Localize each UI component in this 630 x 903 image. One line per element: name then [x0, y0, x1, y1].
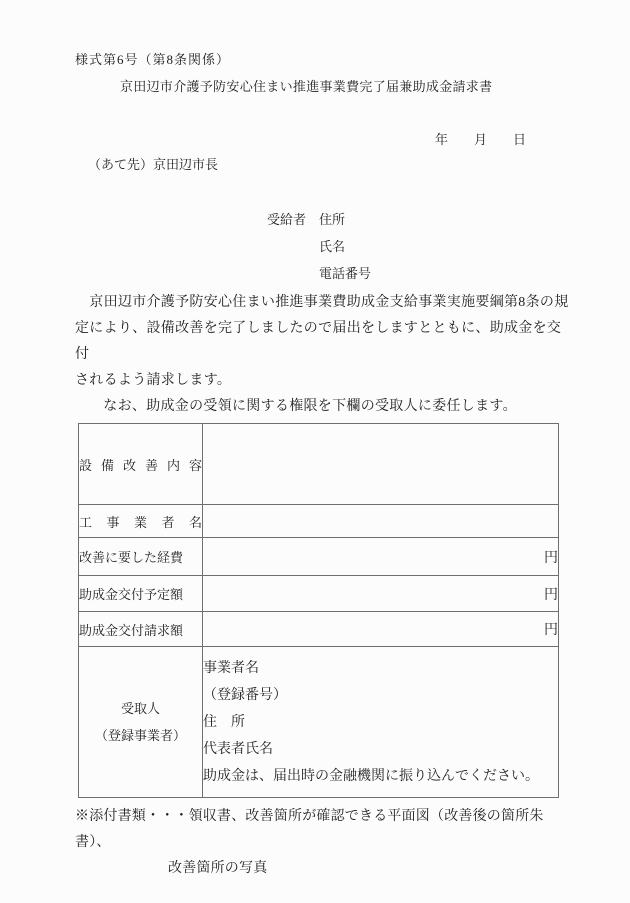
payee-transfer-note: 助成金は、届出時の金融機関に振り込んでください。	[203, 763, 558, 790]
payee-field-address: 住 所	[203, 709, 558, 736]
table-row: 改善に要した経費 円	[79, 538, 559, 576]
row-value-improvement-details	[203, 424, 559, 505]
table-row: 工事業者名	[79, 505, 559, 538]
row-label-requested-grant: 助成金交付請求額	[79, 612, 203, 647]
row-label-planned-grant: 助成金交付予定額	[79, 576, 203, 612]
row-value-payee: 事業者名 （登録番号） 住 所 代表者氏名 助成金は、届出時の金融機関に振り込ん…	[203, 647, 559, 798]
payee-field-business-name: 事業者名	[203, 655, 558, 682]
table-row: 設備改善内容	[79, 424, 559, 505]
paragraph-line: されるよう請求します。	[75, 368, 572, 394]
recipient-field-name: 氏名	[319, 233, 371, 260]
table-row: 助成金交付請求額 円	[79, 612, 559, 647]
yen-unit-label: 円	[203, 612, 559, 647]
date-line: 年 月 日	[75, 130, 572, 150]
payee-field-registration-number: （登録番号）	[203, 682, 558, 709]
payee-label-line2: （登録事業者）	[79, 722, 202, 749]
paragraph-line: 定により、設備改善を完了しましたので届出をしますとともに、助成金を交付	[75, 316, 572, 368]
recipient-block: 受給者 住所 氏名 電話番号	[267, 206, 572, 287]
row-label-expenses: 改善に要した経費	[79, 538, 203, 576]
row-label-payee: 受取人 （登録事業者）	[79, 647, 203, 798]
table-row: 受取人 （登録事業者） 事業者名 （登録番号） 住 所 代表者氏名 助成金は、届…	[79, 647, 559, 798]
document-content: 様式第6号（第8条関係） 京田辺市介護予防安心住まい推進事業費完了届兼助成金請求…	[0, 0, 630, 882]
footnote-block: ※添付書類・・・領収書、改善箇所が確認できる平面図（改善後の箇所朱書）、 改善箇…	[75, 804, 572, 882]
body-paragraph-1: 京田辺市介護予防安心住まい推進事業費助成金支給事業実施要綱第8条の規 定により、…	[75, 290, 572, 394]
page-title: 京田辺市介護予防安心住まい推進事業費完了届兼助成金請求書	[120, 77, 572, 97]
body-paragraph-2: なお、助成金の受領に関する権限を下欄の受取人に委任します。	[75, 394, 572, 420]
yen-unit-label: 円	[203, 576, 559, 612]
recipient-field-phone: 電話番号	[319, 260, 371, 287]
recipient-fields: 住所 氏名 電話番号	[319, 206, 371, 287]
addressee-line: （あて先）京田辺市長	[75, 155, 572, 175]
row-label-contractor: 工事業者名	[79, 505, 203, 538]
form-table: 設備改善内容 工事業者名 改善に要した経費 円 助成金交付予定額 円 助成金交付…	[78, 423, 559, 798]
payee-field-representative: 代表者氏名	[203, 736, 558, 763]
row-label-improvement-details: 設備改善内容	[79, 424, 203, 505]
document-page: 様式第6号（第8条関係） 京田辺市介護予防安心住まい推進事業費完了届兼助成金請求…	[0, 0, 630, 903]
table-row: 助成金交付予定額 円	[79, 576, 559, 612]
paragraph-line: 京田辺市介護予防安心住まい推進事業費助成金支給事業実施要綱第8条の規	[75, 290, 572, 316]
yen-unit-label: 円	[203, 538, 559, 576]
footnote-line2: 改善箇所の写真	[168, 856, 572, 882]
payee-label-line1: 受取人	[79, 695, 202, 722]
row-value-contractor	[203, 505, 559, 538]
recipient-field-address: 住所	[319, 206, 371, 233]
footnote-line1: ※添付書類・・・領収書、改善箇所が確認できる平面図（改善後の箇所朱書）、	[75, 804, 572, 856]
form-number: 様式第6号（第8条関係）	[75, 50, 572, 70]
recipient-label: 受給者	[267, 206, 306, 287]
